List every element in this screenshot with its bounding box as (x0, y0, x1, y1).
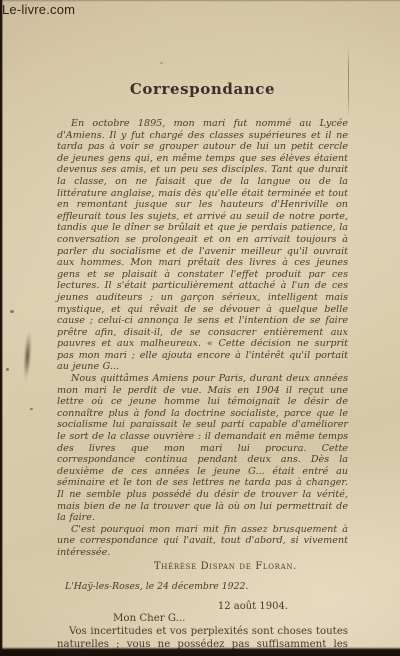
page-content: Correspondance En octobre 1895, mon mari… (57, 80, 348, 656)
paper-speck (6, 368, 9, 371)
scan-edge-left (0, 0, 3, 656)
site-watermark: Le-livre.com (2, 2, 75, 17)
scanned-book-page: Le-livre.com Correspondance En octobre 1… (0, 0, 400, 656)
scan-edge-bottom (0, 647, 400, 656)
paragraph-2: Nous quittâmes Amiens pour Paris, durant… (57, 373, 348, 524)
author-signature: Thérèse Dispan de Floran. (57, 561, 348, 572)
paper-speck (10, 310, 14, 313)
paragraph-3: C'est pourquoi mon mari mit fin assez br… (57, 524, 348, 559)
place-date-line: L'Haÿ-les-Roses, le 24 décembre 1922. (65, 581, 348, 592)
page-title: Correspondance (57, 80, 348, 98)
paper-crease (348, 48, 349, 118)
paper-speck (160, 62, 163, 64)
scan-edge-top (0, 0, 400, 2)
paper-speck (30, 408, 33, 410)
letter-salutation: Mon Cher G... (113, 613, 348, 624)
ink-stain (22, 330, 33, 382)
paragraph-1: En octobre 1895, mon mari fut nommé au L… (57, 118, 348, 373)
letter-date: 12 août 1904. (57, 601, 348, 612)
